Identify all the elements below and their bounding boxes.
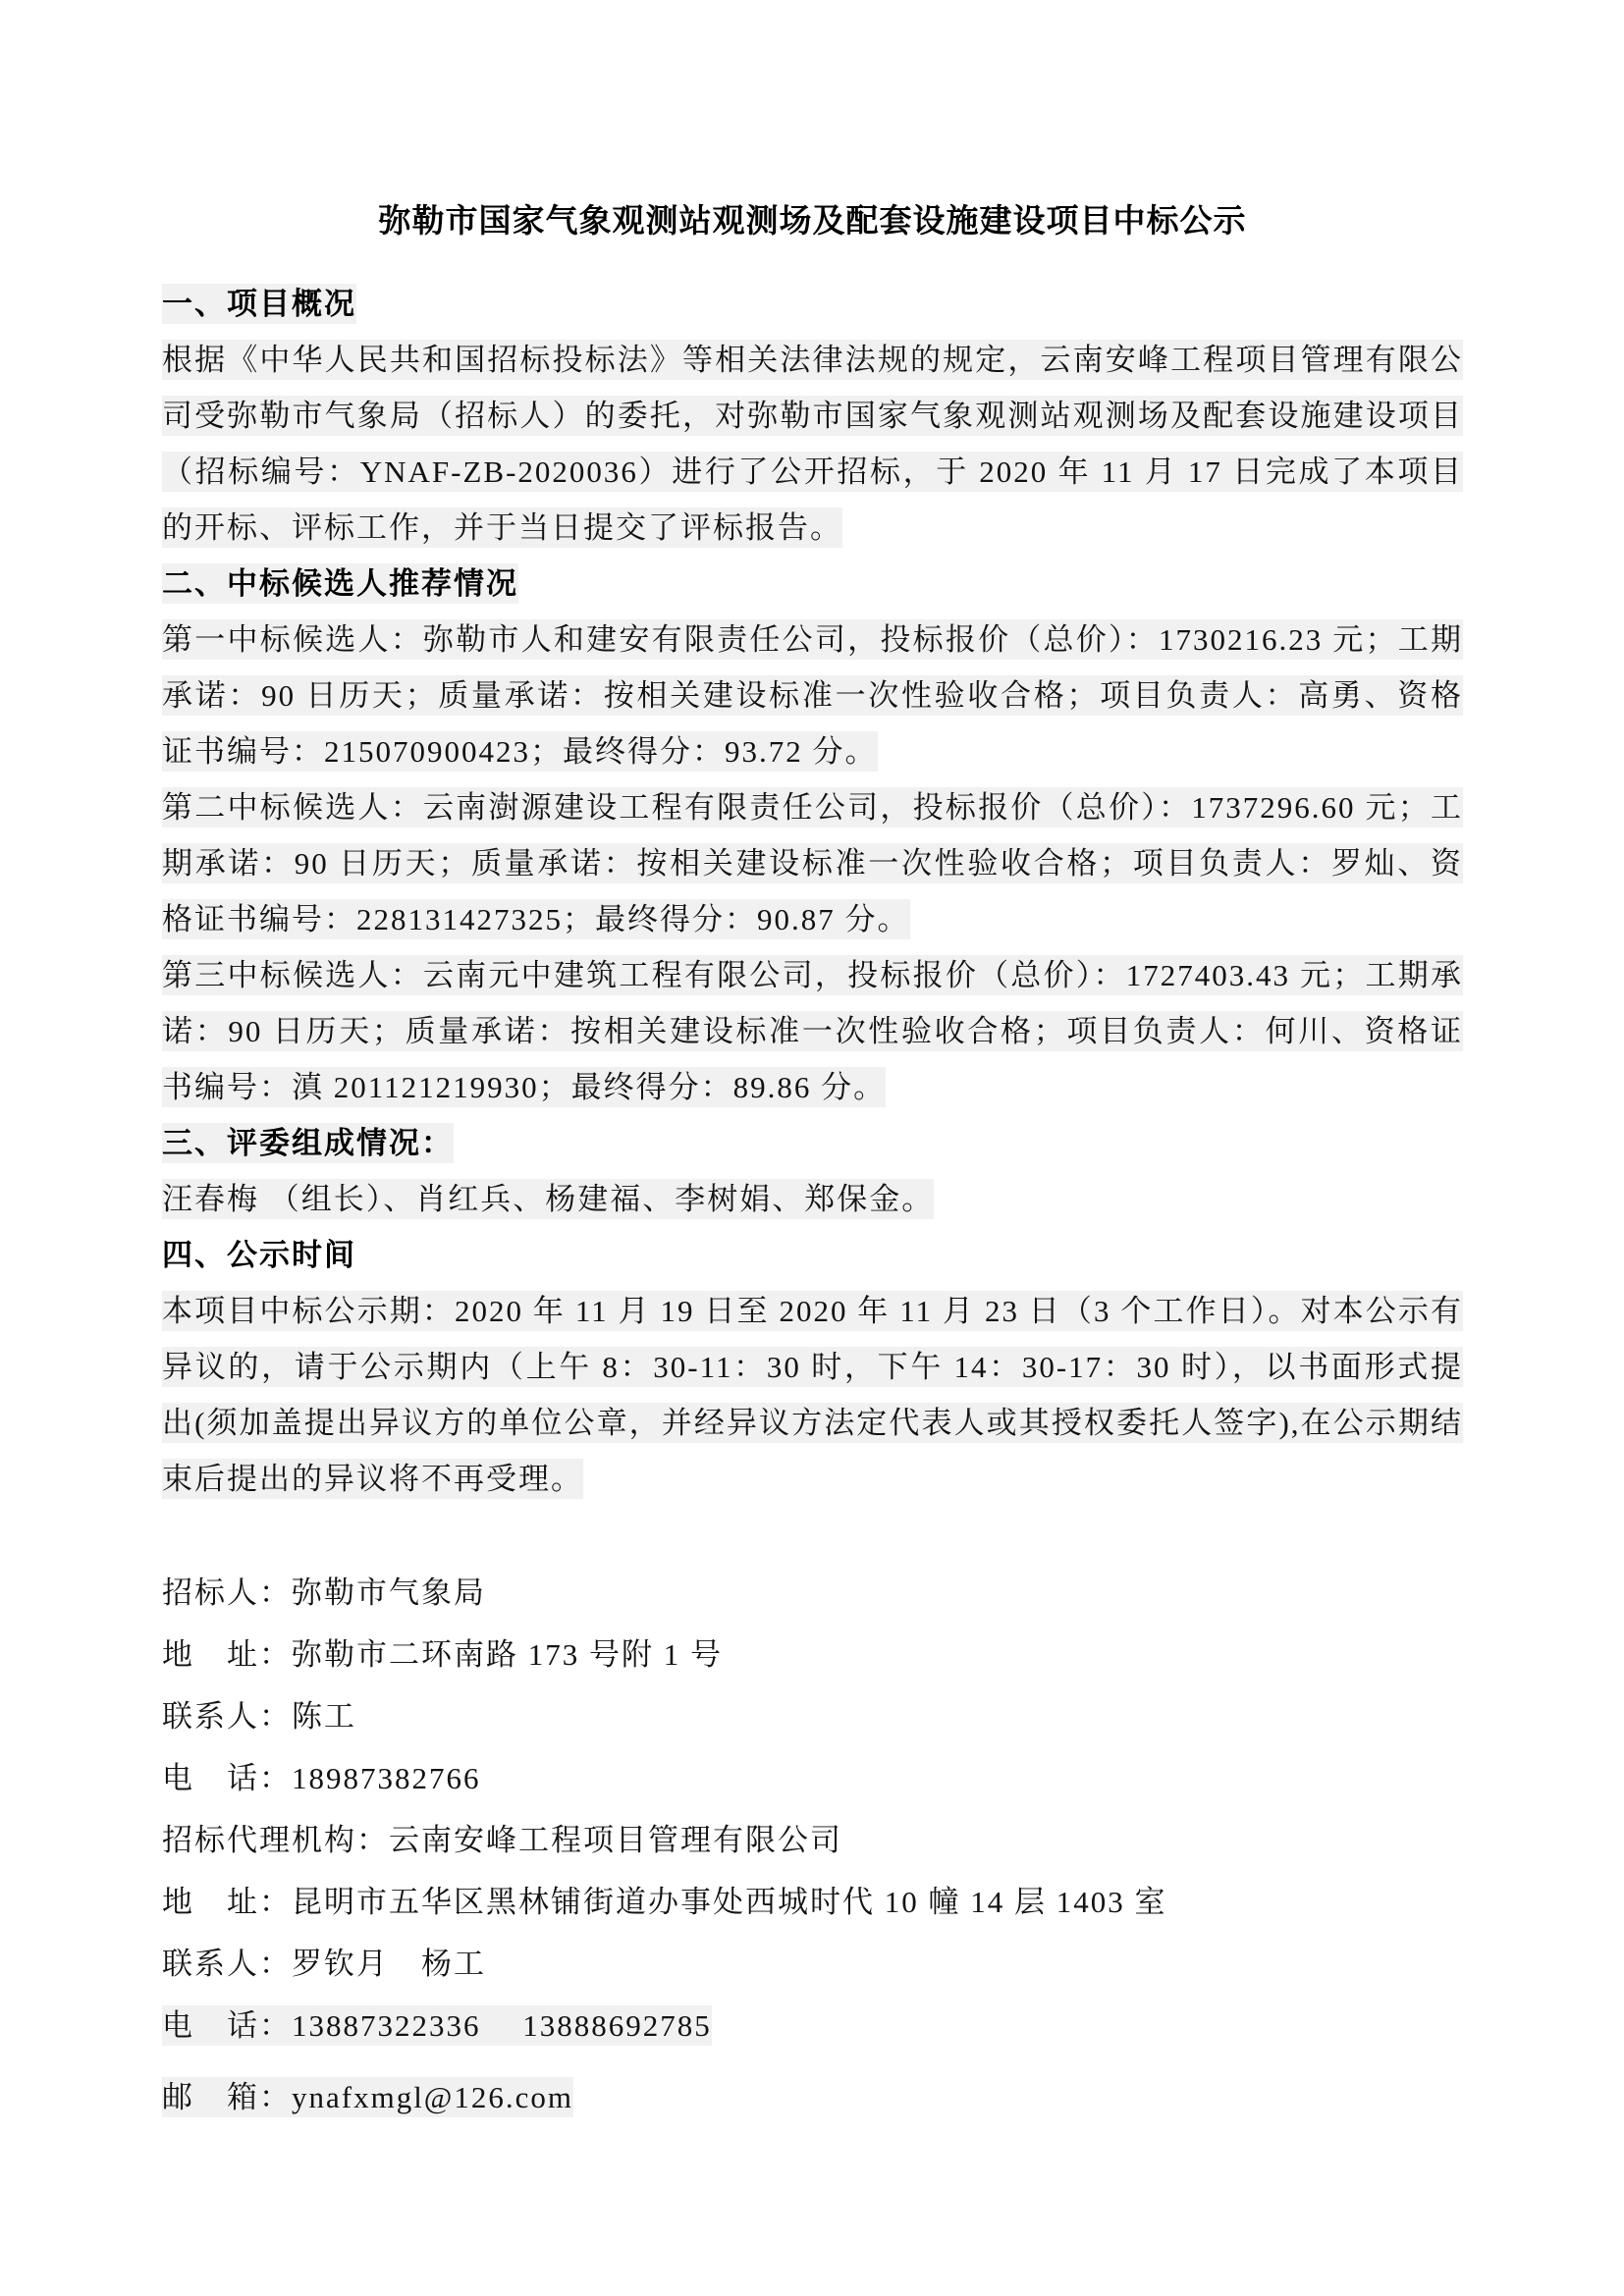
contact-tenderee-address: 地 址：弥勒市二环南路 173 号附 1 号 xyxy=(162,1624,1463,1685)
section-heading-candidates-text: 二、中标候选人推荐情况 xyxy=(162,563,518,604)
contact-agency-person-text: 联系人：罗钦月 杨工 xyxy=(162,1947,486,1981)
contact-tenderee-person: 联系人：陈工 xyxy=(162,1685,1463,1747)
contact-agency-text: 招标代理机构：云南安峰工程项目管理有限公司 xyxy=(162,1823,842,1857)
contact-tenderee-text: 招标人：弥勒市气象局 xyxy=(162,1575,486,1610)
contact-agency-address-text: 地 址：昆明市五华区黑林铺街道办事处西城时代 10 幢 14 层 1403 室 xyxy=(162,1885,1167,1919)
page-title: 弥勒市国家气象观测站观测场及配套设施建设项目中标公示 xyxy=(162,192,1463,248)
contact-tenderee-person-text: 联系人：陈工 xyxy=(162,1699,356,1734)
contact-agency-address: 地 址：昆明市五华区黑林铺街道办事处西城时代 10 幢 14 层 1403 室 xyxy=(162,1871,1463,1933)
section-heading-announcement-period: 四、公示时间 xyxy=(162,1227,1463,1283)
contact-block: 招标人：弥勒市气象局 地 址：弥勒市二环南路 173 号附 1 号 联系人：陈工… xyxy=(162,1562,1463,2128)
section-heading-announcement-period-text: 四、公示时间 xyxy=(162,1238,356,1272)
contact-agency-phone: 电 话：13887322336 13888692785 xyxy=(162,1995,1463,2056)
section-heading-candidates: 二、中标候选人推荐情况 xyxy=(162,556,1463,612)
document-page: 弥勒市国家气象观测站观测场及配套设施建设项目中标公示 一、项目概况 根据《中华人… xyxy=(0,0,1624,2296)
contact-agency-phone-text: 电 话：13887322336 13888692785 xyxy=(162,2005,712,2046)
paragraph-project-overview: 根据《中华人民共和国招标投标法》等相关法律法规的规定，云南安峰工程项目管理有限公… xyxy=(162,332,1463,556)
contact-agency-person: 联系人：罗钦月 杨工 xyxy=(162,1933,1463,1995)
contact-tenderee-phone-text: 电 话：18987382766 xyxy=(162,1761,481,1795)
paragraph-candidate-2-text: 第二中标候选人：云南澍源建设工程有限责任公司，投标报价（总价）：1737296.… xyxy=(162,787,1463,939)
paragraph-committee-members: 汪春梅 （组长）、肖红兵、杨建福、李树娟、郑保金。 xyxy=(162,1171,1463,1227)
paragraph-announcement-period-text: 本项目中标公示期：2020 年 11 月 19 日至 2020 年 11 月 2… xyxy=(162,1291,1463,1499)
paragraph-candidate-3-text: 第三中标候选人：云南元中建筑工程有限公司，投标报价（总价）：1727403.43… xyxy=(162,955,1463,1107)
contact-tenderee-address-text: 地 址：弥勒市二环南路 173 号附 1 号 xyxy=(162,1637,723,1672)
section-heading-committee: 三、评委组成情况： xyxy=(162,1115,1463,1171)
paragraph-candidate-1: 第一中标候选人：弥勒市人和建安有限责任公司，投标报价（总价）：1730216.2… xyxy=(162,612,1463,779)
paragraph-committee-members-text: 汪春梅 （组长）、肖红兵、杨建福、李树娟、郑保金。 xyxy=(162,1179,934,1219)
contact-agency: 招标代理机构：云南安峰工程项目管理有限公司 xyxy=(162,1809,1463,1871)
paragraph-candidate-2: 第二中标候选人：云南澍源建设工程有限责任公司，投标报价（总价）：1737296.… xyxy=(162,779,1463,947)
section-heading-project-overview: 一、项目概况 xyxy=(162,276,1463,332)
section-heading-committee-text: 三、评委组成情况： xyxy=(162,1123,454,1163)
contact-tenderee-phone: 电 话：18987382766 xyxy=(162,1747,1463,1809)
paragraph-candidate-1-text: 第一中标候选人：弥勒市人和建安有限责任公司，投标报价（总价）：1730216.2… xyxy=(162,619,1463,772)
paragraph-project-overview-text: 根据《中华人民共和国招标投标法》等相关法律法规的规定，云南安峰工程项目管理有限公… xyxy=(162,340,1463,548)
contact-tenderee: 招标人：弥勒市气象局 xyxy=(162,1562,1463,1624)
contact-agency-email-text: 邮 箱：ynafxmgl@126.com xyxy=(162,2077,573,2117)
section-heading-project-overview-text: 一、项目概况 xyxy=(162,284,356,324)
contact-agency-email: 邮 箱：ynafxmgl@126.com xyxy=(162,2066,1463,2128)
paragraph-announcement-period: 本项目中标公示期：2020 年 11 月 19 日至 2020 年 11 月 2… xyxy=(162,1283,1463,1507)
paragraph-candidate-3: 第三中标候选人：云南元中建筑工程有限公司，投标报价（总价）：1727403.43… xyxy=(162,947,1463,1115)
